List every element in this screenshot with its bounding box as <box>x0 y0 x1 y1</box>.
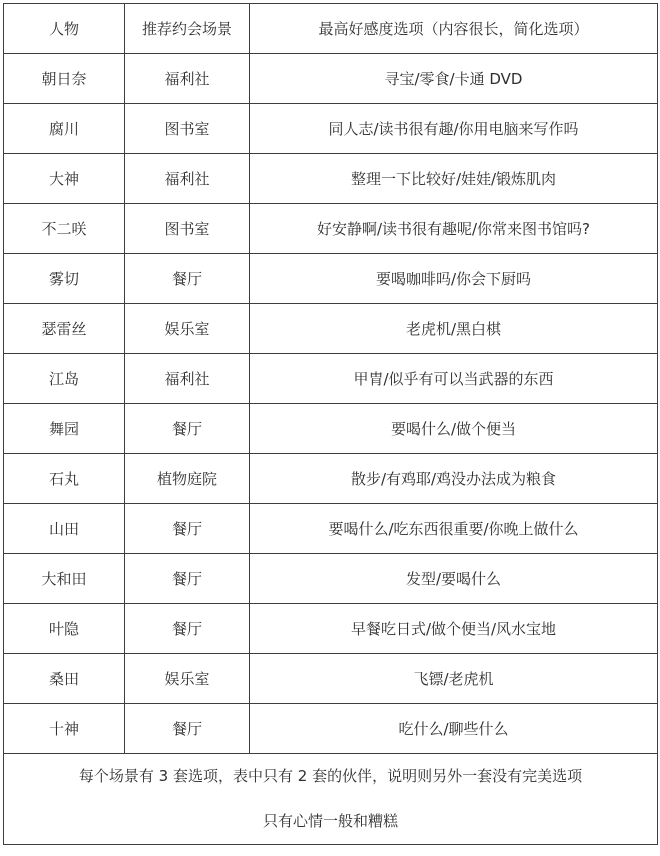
scene-cell: 福利社 <box>125 54 250 104</box>
header-character: 人物 <box>4 4 125 54</box>
table-row: 江岛福利社甲胄/似乎有可以当武器的东西 <box>4 354 658 404</box>
table-row: 朝日奈福利社寻宝/零食/卡通 DVD <box>4 54 658 104</box>
table-row: 十神餐厅吃什么/聊些什么 <box>4 704 658 754</box>
character-cell: 十神 <box>4 704 125 754</box>
scene-cell: 娱乐室 <box>125 304 250 354</box>
options-cell: 早餐吃日式/做个便当/风水宝地 <box>250 604 658 654</box>
header-scene: 推荐约会场景 <box>125 4 250 54</box>
character-cell: 瑟雷丝 <box>4 304 125 354</box>
options-cell: 要喝什么/吃东西很重要/你晚上做什么 <box>250 504 658 554</box>
table-row: 雾切餐厅要喝咖啡吗/你会下厨吗 <box>4 254 658 304</box>
options-cell: 同人志/读书很有趣/你用电脑来写作吗 <box>250 104 658 154</box>
table-row: 瑟雷丝娱乐室老虎机/黑白棋 <box>4 304 658 354</box>
footer-line-2: 只有心情一般和糟糕 <box>4 812 657 830</box>
footer-note-cell: 每个场景有 3 套选项，表中只有 2 套的伙伴，说明则另外一套没有完美选项 只有… <box>4 754 658 845</box>
character-cell: 桑田 <box>4 654 125 704</box>
scene-cell: 图书室 <box>125 104 250 154</box>
footer-note: 每个场景有 3 套选项，表中只有 2 套的伙伴，说明则另外一套没有完美选项 只有… <box>4 754 657 844</box>
character-cell: 大和田 <box>4 554 125 604</box>
character-cell: 大神 <box>4 154 125 204</box>
character-cell: 舞园 <box>4 404 125 454</box>
table-row: 舞园餐厅要喝什么/做个便当 <box>4 404 658 454</box>
header-options: 最高好感度选项（内容很长，简化选项） <box>250 4 658 54</box>
table-row: 叶隐餐厅早餐吃日式/做个便当/风水宝地 <box>4 604 658 654</box>
date-guide-table: 人物 推荐约会场景 最高好感度选项（内容很长，简化选项） 朝日奈福利社寻宝/零食… <box>3 3 658 845</box>
options-cell: 甲胄/似乎有可以当武器的东西 <box>250 354 658 404</box>
table-row: 腐川图书室同人志/读书很有趣/你用电脑来写作吗 <box>4 104 658 154</box>
options-cell: 寻宝/零食/卡通 DVD <box>250 54 658 104</box>
table-row: 桑田娱乐室飞镖/老虎机 <box>4 654 658 704</box>
table-row: 大神福利社整理一下比较好/娃娃/锻炼肌肉 <box>4 154 658 204</box>
scene-cell: 娱乐室 <box>125 654 250 704</box>
scene-cell: 福利社 <box>125 354 250 404</box>
scene-cell: 图书室 <box>125 204 250 254</box>
scene-cell: 餐厅 <box>125 704 250 754</box>
scene-cell: 餐厅 <box>125 404 250 454</box>
character-cell: 石丸 <box>4 454 125 504</box>
table-row: 石丸植物庭院散步/有鸡耶/鸡没办法成为粮食 <box>4 454 658 504</box>
table-body: 朝日奈福利社寻宝/零食/卡通 DVD腐川图书室同人志/读书很有趣/你用电脑来写作… <box>4 54 658 754</box>
options-cell: 要喝什么/做个便当 <box>250 404 658 454</box>
character-cell: 江岛 <box>4 354 125 404</box>
character-cell: 雾切 <box>4 254 125 304</box>
header-row: 人物 推荐约会场景 最高好感度选项（内容很长，简化选项） <box>4 4 658 54</box>
character-cell: 腐川 <box>4 104 125 154</box>
options-cell: 老虎机/黑白棋 <box>250 304 658 354</box>
options-cell: 飞镖/老虎机 <box>250 654 658 704</box>
options-cell: 好安静啊/读书很有趣呢/你常来图书馆吗? <box>250 204 658 254</box>
table-row: 大和田餐厅发型/要喝什么 <box>4 554 658 604</box>
options-cell: 散步/有鸡耶/鸡没办法成为粮食 <box>250 454 658 504</box>
table-row: 山田餐厅要喝什么/吃东西很重要/你晚上做什么 <box>4 504 658 554</box>
scene-cell: 福利社 <box>125 154 250 204</box>
character-cell: 叶隐 <box>4 604 125 654</box>
scene-cell: 餐厅 <box>125 254 250 304</box>
guide-page: 人物 推荐约会场景 最高好感度选项（内容很长，简化选项） 朝日奈福利社寻宝/零食… <box>0 0 660 856</box>
footer-row: 每个场景有 3 套选项，表中只有 2 套的伙伴，说明则另外一套没有完美选项 只有… <box>4 754 658 845</box>
character-cell: 朝日奈 <box>4 54 125 104</box>
character-cell: 山田 <box>4 504 125 554</box>
options-cell: 吃什么/聊些什么 <box>250 704 658 754</box>
scene-cell: 植物庭院 <box>125 454 250 504</box>
character-cell: 不二咲 <box>4 204 125 254</box>
scene-cell: 餐厅 <box>125 554 250 604</box>
scene-cell: 餐厅 <box>125 504 250 554</box>
footer-line-1: 每个场景有 3 套选项，表中只有 2 套的伙伴，说明则另外一套没有完美选项 <box>4 767 657 785</box>
table-row: 不二咲图书室好安静啊/读书很有趣呢/你常来图书馆吗? <box>4 204 658 254</box>
options-cell: 整理一下比较好/娃娃/锻炼肌肉 <box>250 154 658 204</box>
options-cell: 要喝咖啡吗/你会下厨吗 <box>250 254 658 304</box>
options-cell: 发型/要喝什么 <box>250 554 658 604</box>
scene-cell: 餐厅 <box>125 604 250 654</box>
